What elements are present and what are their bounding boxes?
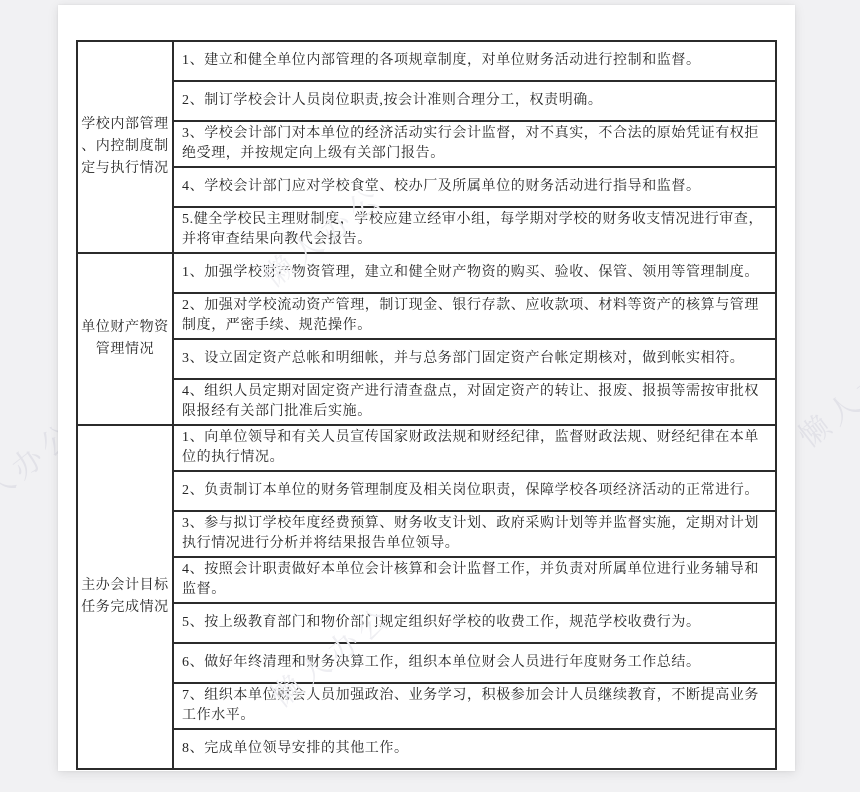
item-cell: 2、负责制订本单位的财务管理制度及相关岗位职责，保障学校各项经济活动的正常进行。 — [173, 471, 776, 511]
table-row: 4、按照会计职责做好本单位会计核算和会计监督工作，并负责对所属单位进行业务辅导和… — [77, 557, 776, 603]
section-header-cell: 学校内部管理、内控制度制定与执行情况 — [77, 41, 173, 253]
document-viewer-background: 懒人办公 懒人办公 懒人办公 懒人办公 学校内部管理、内控制度制定与执行情况1、… — [0, 0, 860, 792]
table-row: 7、组织本单位财会人员加强政治、业务学习，积极参加会计人员继续教育，不断提高业务… — [77, 683, 776, 729]
table-row: 6、做好年终清理和财务决算工作，组织本单位财会人员进行年度财务工作总结。 — [77, 643, 776, 683]
table-row: 3、学校会计部门对本单位的经济活动实行会计监督，对不真实，不合法的原始凭证有权拒… — [77, 121, 776, 167]
item-cell: 8、完成单位领导安排的其他工作。 — [173, 729, 776, 769]
item-cell: 4、学校会计部门应对学校食堂、校办厂及所属单位的财务活动进行指导和监督。 — [173, 167, 776, 207]
item-cell: 3、学校会计部门对本单位的经济活动实行会计监督，对不真实，不合法的原始凭证有权拒… — [173, 121, 776, 167]
table-row: 8、完成单位领导安排的其他工作。 — [77, 729, 776, 769]
item-cell: 5、按上级教育部门和物价部门规定组织好学校的收费工作，规范学校收费行为。 — [173, 603, 776, 643]
table-row: 3、参与拟订学校年度经费预算、财务收支计划、政府采购计划等并监督实施，定期对计划… — [77, 511, 776, 557]
item-cell: 2、加强对学校流动资产管理，制订现金、银行存款、应收款项、材料等资产的核算与管理… — [173, 293, 776, 339]
table-row: 2、加强对学校流动资产管理，制订现金、银行存款、应收款项、材料等资产的核算与管理… — [77, 293, 776, 339]
item-cell: 3、参与拟订学校年度经费预算、财务收支计划、政府采购计划等并监督实施，定期对计划… — [173, 511, 776, 557]
item-cell: 4、按照会计职责做好本单位会计核算和会计监督工作，并负责对所属单位进行业务辅导和… — [173, 557, 776, 603]
item-cell: 7、组织本单位财会人员加强政治、业务学习，积极参加会计人员继续教育，不断提高业务… — [173, 683, 776, 729]
item-cell: 4、组织人员定期对固定资产进行清查盘点，对固定资产的转让、报废、报损等需按审批权… — [173, 379, 776, 425]
document-page: 学校内部管理、内控制度制定与执行情况1、建立和健全单位内部管理的各项规章制度，对… — [58, 5, 795, 771]
item-cell: 5.健全学校民主理财制度，学校应建立经审小组，每学期对学校的财务收支情况进行审查… — [173, 207, 776, 253]
section-header-cell: 单位财产物资管理情况 — [77, 253, 173, 425]
table-row: 4、学校会计部门应对学校食堂、校办厂及所属单位的财务活动进行指导和监督。 — [77, 167, 776, 207]
item-cell: 6、做好年终清理和财务决算工作，组织本单位财会人员进行年度财务工作总结。 — [173, 643, 776, 683]
table-row: 2、负责制订本单位的财务管理制度及相关岗位职责，保障学校各项经济活动的正常进行。 — [77, 471, 776, 511]
table-row: 学校内部管理、内控制度制定与执行情况1、建立和健全单位内部管理的各项规章制度，对… — [77, 41, 776, 81]
table-row: 单位财产物资管理情况1、加强学校财产物资管理，建立和健全财产物资的购买、验收、保… — [77, 253, 776, 293]
item-cell: 3、设立固定资产总帐和明细帐，并与总务部门固定资产台帐定期核对，做到帐实相符。 — [173, 339, 776, 379]
table-row: 2、制订学校会计人员岗位职责,按会计准则合理分工，权责明确。 — [77, 81, 776, 121]
item-cell: 2、制订学校会计人员岗位职责,按会计准则合理分工，权责明确。 — [173, 81, 776, 121]
table-row: 主办会计目标任务完成情况1、向单位领导和有关人员宣传国家财政法规和财经纪律，监督… — [77, 425, 776, 471]
section-header-cell: 主办会计目标任务完成情况 — [77, 425, 173, 769]
responsibility-table: 学校内部管理、内控制度制定与执行情况1、建立和健全单位内部管理的各项规章制度，对… — [76, 40, 777, 770]
item-cell: 1、加强学校财产物资管理，建立和健全财产物资的购买、验收、保管、领用等管理制度。 — [173, 253, 776, 293]
table-row: 5.健全学校民主理财制度，学校应建立经审小组，每学期对学校的财务收支情况进行审查… — [77, 207, 776, 253]
table-row: 4、组织人员定期对固定资产进行清查盘点，对固定资产的转让、报废、报损等需按审批权… — [77, 379, 776, 425]
item-cell: 1、建立和健全单位内部管理的各项规章制度，对单位财务活动进行控制和监督。 — [173, 41, 776, 81]
watermark-right: 懒人办公 — [788, 332, 860, 455]
table-row: 5、按上级教育部门和物价部门规定组织好学校的收费工作，规范学校收费行为。 — [77, 603, 776, 643]
item-cell: 1、向单位领导和有关人员宣传国家财政法规和财经纪律，监督财政法规、财经纪律在本单… — [173, 425, 776, 471]
table-row: 3、设立固定资产总帐和明细帐，并与总务部门固定资产台帐定期核对，做到帐实相符。 — [77, 339, 776, 379]
